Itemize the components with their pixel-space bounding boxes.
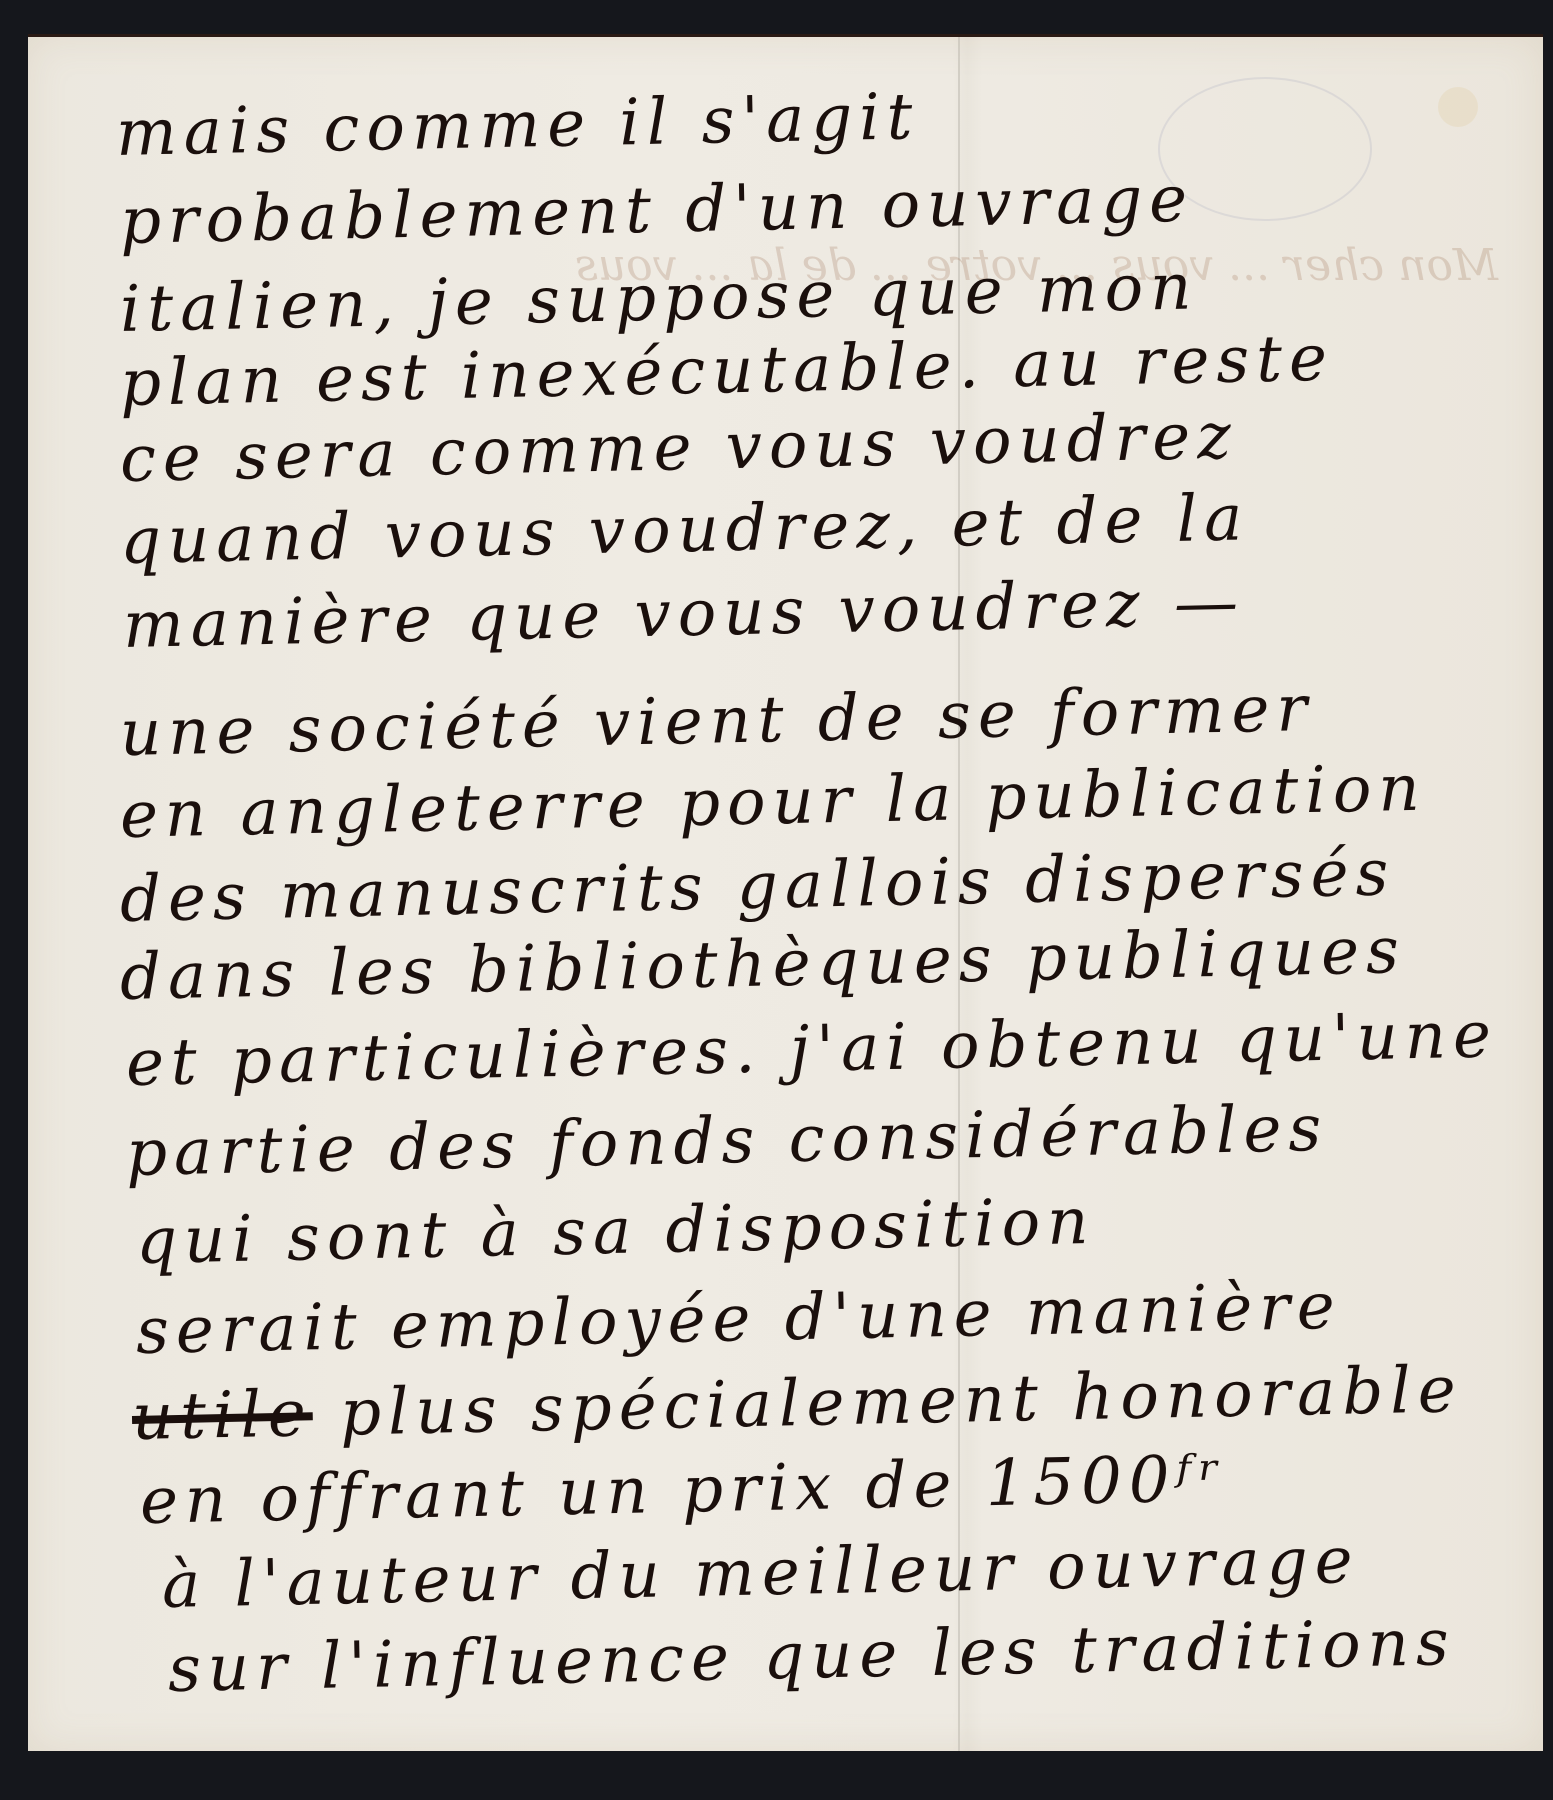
text-line: en offrant un prix de 1500ᶠʳ [139,1442,1228,1539]
text-line-with-strikethrough: utile plus spécialement honorable [131,1353,1463,1455]
text-line: sur l'influence que les traditions [167,1606,1456,1707]
text-line: probablement d'un ouvrage [119,163,1195,259]
text-line: mais comme il s'agit [115,80,920,171]
handwritten-text: mais comme il s'agit probablement d'un o… [28,37,1543,1751]
text-line: à l'auteur du meilleur ouvrage [161,1524,1360,1623]
text-line: quand vous voudrez, et de la [119,481,1250,579]
text-line: qui sont à sa disposition [135,1185,1096,1279]
text-line: partie des fonds considérables [125,1092,1329,1191]
text-line: plus spécialement honorable [339,1353,1463,1450]
text-line: et particulières. j'ai obtenu qu'une [125,998,1498,1101]
letter-page: Mon cher ... vous ... votre ... de la ..… [28,34,1543,1751]
text-line: serait employée d'une manière [135,1270,1342,1369]
text-line: manière que vous voudrez — [122,566,1245,663]
text-line: une société vient de se former [119,672,1314,771]
struck-word: utile [131,1377,313,1455]
